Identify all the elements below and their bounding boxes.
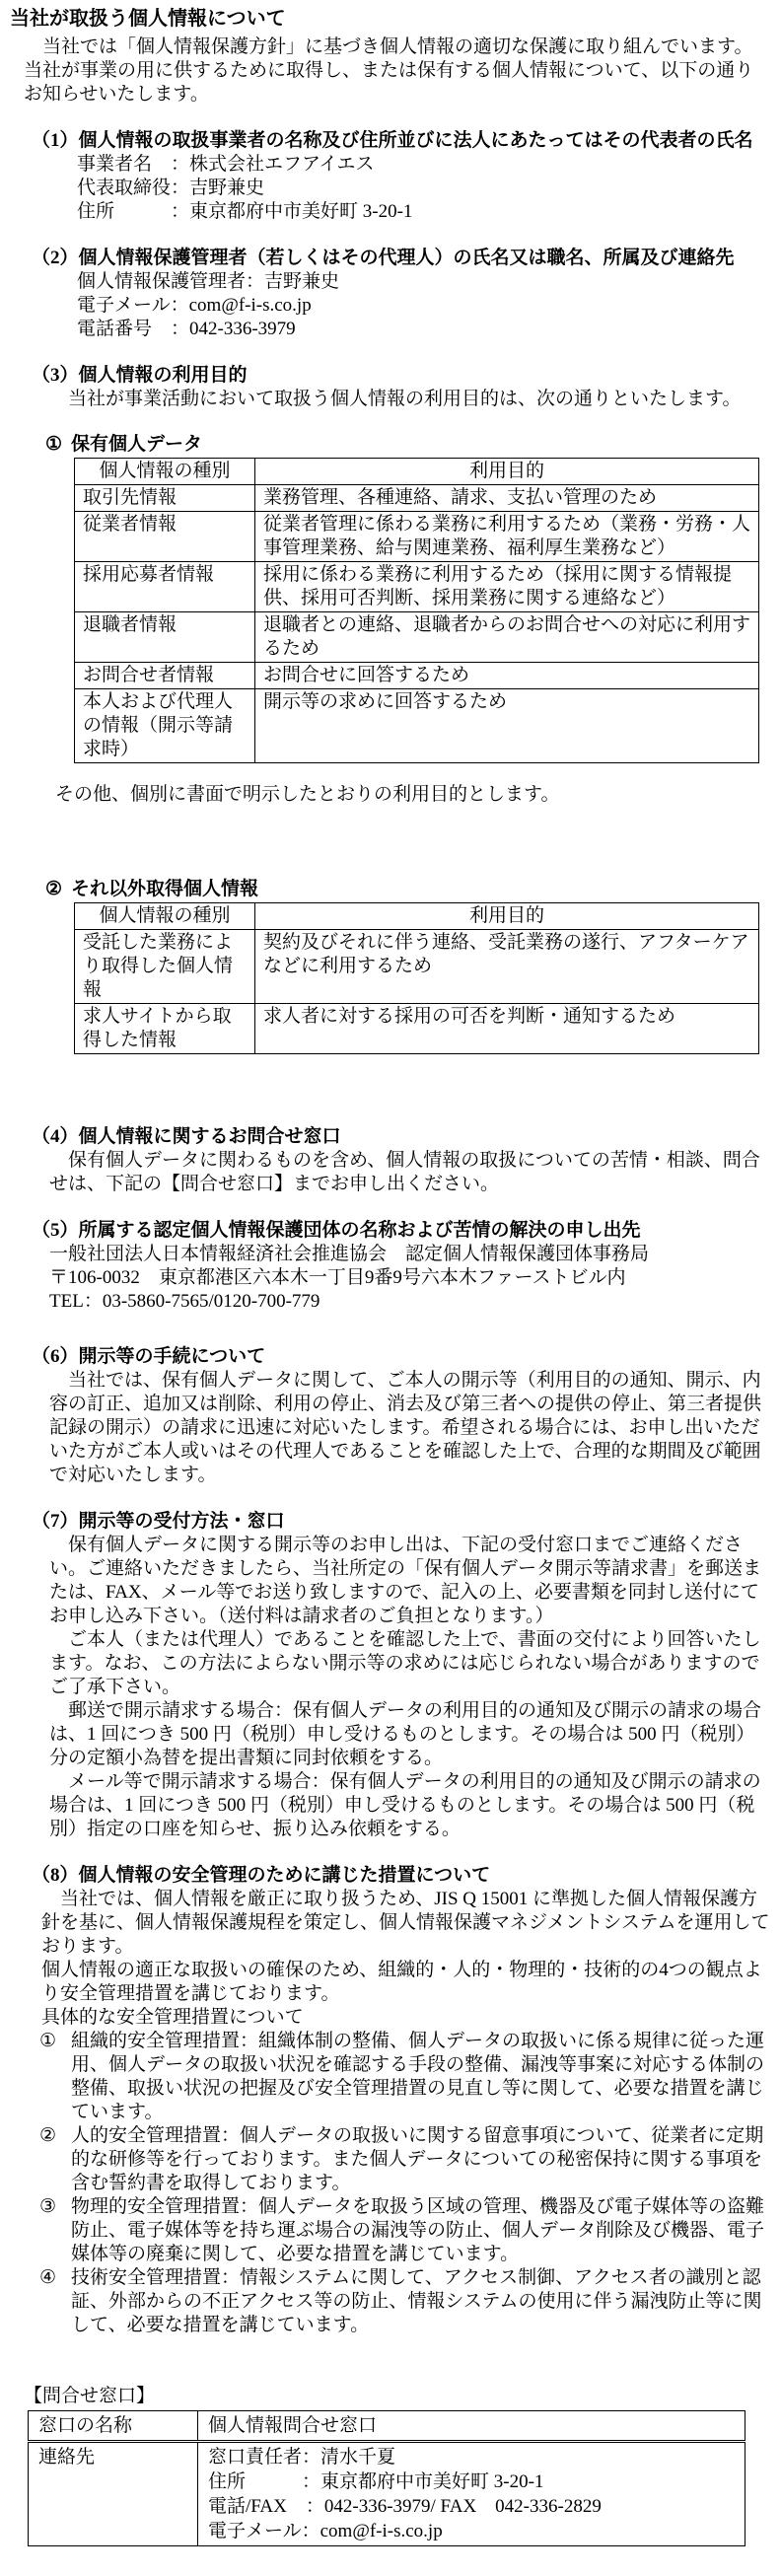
contact-details-cell: 窓口責任者：清水千夏 住所 ：東京都府中市美好町 3-20-1 電話/FAX ：… bbox=[198, 2442, 745, 2546]
circled-2-marker: ② bbox=[45, 878, 71, 901]
contact-window-table: 窓口の名称 個人情報問合せ窓口 連絡先 窓口責任者：清水千夏 住所 ：東京都府中… bbox=[28, 2410, 745, 2546]
accredited-body-phone: TEL：03-5860-7565/0120-700-779 bbox=[49, 1290, 771, 1314]
privacy-manager-phone: 電話番号 ：042-336-3979 bbox=[77, 318, 771, 341]
section-4-number: （4） bbox=[32, 1125, 79, 1149]
table-row: 本人および代理人の情報（開示等請求時） 開示等の求めに回答するため bbox=[75, 689, 759, 763]
purpose-cell: 採用に係わる業務に利用するため（採用に関する情報提供、採用可否判断、採用業務に関… bbox=[255, 562, 759, 612]
window-phone-fax: 電話/FAX ：042-336-3979/ FAX 042-336-2829 bbox=[208, 2494, 735, 2519]
intro-paragraph: 当社では「個人情報保護方針」に基づき個人情報の適切な保護に取り組んでいます。当社… bbox=[24, 36, 771, 107]
purpose-cell: 求人者に対する採用の可否を判断・通知するため bbox=[255, 1004, 759, 1054]
data-type-cell: 本人および代理人の情報（開示等請求時） bbox=[75, 689, 255, 763]
data-type-cell: 受託した業務により取得した個人情報 bbox=[75, 930, 255, 1004]
table-row: 求人サイトから取得した情報 求人者に対する採用の可否を判断・通知するため bbox=[75, 1004, 759, 1054]
section-1-title: 個人情報の取扱事業者の名称及び住所並びに法人にあたってはその代表者の氏名 bbox=[79, 129, 771, 153]
table-header-row: 個人情報の種別 利用目的 bbox=[75, 903, 759, 930]
representative-name: 代表取締役：吉野兼史 bbox=[77, 177, 771, 200]
column-header-purpose: 利用目的 bbox=[255, 903, 759, 930]
section-6-heading: （6） 開示等の手続について bbox=[32, 1345, 771, 1369]
section-7-heading: （7） 開示等の受付方法・窓口 bbox=[32, 1510, 771, 1534]
other-purposes-note: その他、個別に書面で明示したとおりの利用目的とします。 bbox=[55, 783, 771, 807]
section-8: （8） 個人情報の安全管理のために講じた措置について 当社では、個人情報を厳正に… bbox=[10, 1864, 771, 2337]
section-4: （4） 個人情報に関するお問合せ窓口 保有個人データに関わるものを含め、個人情報… bbox=[10, 1125, 771, 1196]
circled-4-marker: ④ bbox=[39, 2266, 71, 2337]
section-6: （6） 開示等の手続について 当社では、保有個人データに関して、ご本人の開示等（… bbox=[10, 1345, 771, 1487]
column-header-type: 個人情報の種別 bbox=[75, 459, 255, 485]
section-7: （7） 開示等の受付方法・窓口 保有個人データに関する開示等のお申し出は、下記の… bbox=[10, 1510, 771, 1841]
accredited-body-name: 一般社団法人日本情報経済社会推進協会 認定個人情報保護団体事務局 bbox=[49, 1243, 771, 1266]
page-title: 当社が取扱う個人情報について bbox=[10, 6, 771, 32]
safety-measures-list: ① 組織的安全管理措置：組織体制の整備、個人データの取扱いに係る規律に従った運用… bbox=[39, 2030, 771, 2337]
purpose-cell: 退職者との連絡、退職者からのお問合せへの対応に利用するため bbox=[255, 612, 759, 663]
table-header-row: 個人情報の種別 利用目的 bbox=[75, 459, 759, 485]
list-item-physical: ③ 物理的安全管理措置：個人データを取扱う区域の管理、機器及び電子媒体等の盗難防… bbox=[39, 2195, 771, 2266]
section-8-number: （8） bbox=[32, 1864, 79, 1888]
section-3-title: 個人情報の利用目的 bbox=[79, 364, 771, 388]
section-7-number: （7） bbox=[32, 1510, 79, 1534]
data-type-cell: 採用応募者情報 bbox=[75, 562, 255, 612]
list-item-technical: ④ 技術安全管理措置：情報システムに関して、アクセス制御、アクセス者の識別と認証… bbox=[39, 2266, 771, 2337]
section-8-heading: （8） 個人情報の安全管理のために講じた措置について bbox=[32, 1864, 771, 1888]
section-2-title: 個人情報保護管理者（若しくはその代理人）の氏名又は職名、所属及び連絡先 bbox=[79, 247, 771, 270]
section-8-title: 個人情報の安全管理のために講じた措置について bbox=[79, 1864, 771, 1888]
circled-3-marker: ③ bbox=[39, 2195, 71, 2266]
section-4-title: 個人情報に関するお問合せ窓口 bbox=[79, 1125, 771, 1149]
data-type-cell: 求人サイトから取得した情報 bbox=[75, 1004, 255, 1054]
privacy-notice-document: 当社が取扱う個人情報について 当社では「個人情報保護方針」に基づき個人情報の適切… bbox=[0, 0, 781, 2576]
data-type-cell: 退職者情報 bbox=[75, 612, 255, 663]
section-7-paragraph-1: 保有個人データに関する開示等のお申し出は、下記の受付窓口までご連絡ください。ご連… bbox=[49, 1534, 771, 1628]
section-3-number: （3） bbox=[32, 364, 79, 388]
list-item-personnel: ② 人的安全管理措置：個人データの取扱いに関する留意事項について、従業者に定期的… bbox=[39, 2124, 771, 2195]
purpose-cell: お問合せに回答するため bbox=[255, 663, 759, 689]
window-name-value: 個人情報問合せ窓口 bbox=[198, 2411, 745, 2442]
section-7-paragraph-email-request: メール等で開示請求する場合：保有個人データの利用目的の通知及び開示の請求の場合は… bbox=[49, 1770, 771, 1841]
section-7-title: 開示等の受付方法・窓口 bbox=[79, 1510, 771, 1534]
section-5-heading: （5） 所属する認定個人情報保護団体の名称および苦情の解決の申し出先 bbox=[32, 1219, 771, 1243]
section-1-body: 事業者名 ：株式会社エフアイエス 代表取締役：吉野兼史 住所 ：東京都府中市美好… bbox=[77, 153, 771, 224]
table-row: 退職者情報 退職者との連絡、退職者からのお問合せへの対応に利用するため bbox=[75, 612, 759, 663]
section-7-paragraph-mail-request: 郵送で開示請求する場合：保有個人データの利用目的の通知及び開示の請求の場合は、1… bbox=[49, 1699, 771, 1770]
section-8-paragraph-1: 当社では、個人情報を厳正に取り扱うため、JIS Q 15001 に準拠した個人情… bbox=[41, 1888, 771, 1959]
retained-data-subtitle: 保有個人データ bbox=[71, 433, 202, 457]
table-row: お問合せ者情報 お問合せに回答するため bbox=[75, 663, 759, 689]
table-row: 採用応募者情報 採用に係わる業務に利用するため（採用に関する情報提供、採用可否判… bbox=[75, 562, 759, 612]
table-row: 窓口の名称 個人情報問合せ窓口 bbox=[29, 2411, 745, 2442]
column-header-purpose: 利用目的 bbox=[255, 459, 759, 485]
section-7-paragraph-2: ご本人（または代理人）であることを確認した上で、書面の交付により回答いたします。… bbox=[49, 1628, 771, 1699]
circled-1-marker: ① bbox=[45, 433, 71, 457]
section-3-paragraph: 当社が事業活動において取扱う個人情報の利用目的は、次の通りといたします。 bbox=[49, 388, 771, 411]
section-3: （3） 個人情報の利用目的 当社が事業活動において取扱う個人情報の利用目的は、次… bbox=[10, 364, 771, 1054]
section-5-body: 一般社団法人日本情報経済社会推進協会 認定個人情報保護団体事務局 〒106-00… bbox=[49, 1243, 771, 1314]
window-manager-name: 窓口責任者：清水千夏 bbox=[208, 2445, 735, 2469]
section-6-number: （6） bbox=[32, 1345, 79, 1369]
window-address: 住所 ：東京都府中市美好町 3-20-1 bbox=[208, 2469, 735, 2494]
column-header-type: 個人情報の種別 bbox=[75, 903, 255, 930]
list-item-organizational: ① 組織的安全管理措置：組織体制の整備、個人データの取扱いに係る規律に従った運用… bbox=[39, 2030, 771, 2124]
section-8-paragraph-2: 個人情報の適正な取扱いの確保のため、組織的・人的・物理的・技術的の4つの観点より… bbox=[41, 1959, 771, 2006]
other-acquired-data-table: 個人情報の種別 利用目的 受託した業務により取得した個人情報 契約及びそれに伴う… bbox=[74, 902, 759, 1054]
section-1-heading: （1） 個人情報の取扱事業者の名称及び住所並びに法人にあたってはその代表者の氏名 bbox=[32, 129, 771, 153]
section-1-number: （1） bbox=[32, 129, 79, 153]
section-2: （2） 個人情報保護管理者（若しくはその代理人）の氏名又は職名、所属及び連絡先 … bbox=[10, 247, 771, 341]
privacy-manager-email: 電子メール：com@f-i-s.co.jp bbox=[77, 294, 771, 318]
section-5-title: 所属する認定個人情報保護団体の名称および苦情の解決の申し出先 bbox=[79, 1219, 771, 1243]
window-email: 電子メール：com@f-i-s.co.jp bbox=[208, 2519, 735, 2543]
section-4-paragraph: 保有個人データに関わるものを含め、個人情報の取扱についての苦情・相談、問合せは、… bbox=[49, 1149, 771, 1196]
accredited-body-address: 〒106-0032 東京都港区六本木一丁目9番9号六本木ファーストビル内 bbox=[49, 1266, 771, 1290]
contact-label: 連絡先 bbox=[29, 2442, 198, 2546]
personnel-measure-text: 人的安全管理措置：個人データの取扱いに関する留意事項について、従業者に定期的な研… bbox=[71, 2124, 771, 2195]
window-name-label: 窓口の名称 bbox=[29, 2411, 198, 2442]
circled-2-marker: ② bbox=[39, 2124, 71, 2195]
technical-measure-text: 技術安全管理措置：情報システムに関して、アクセス制御、アクセス者の識別と認証、外… bbox=[71, 2266, 771, 2337]
retained-data-subheading: ① 保有個人データ bbox=[45, 433, 771, 457]
circled-1-marker: ① bbox=[39, 2030, 71, 2124]
section-1: （1） 個人情報の取扱事業者の名称及び住所並びに法人にあたってはその代表者の氏名… bbox=[10, 129, 771, 224]
purpose-cell: 業務管理、各種連絡、請求、支払い管理のため bbox=[255, 485, 759, 512]
table-row: 連絡先 窓口責任者：清水千夏 住所 ：東京都府中市美好町 3-20-1 電話/F… bbox=[29, 2442, 745, 2546]
purpose-cell: 従業者管理に係わる業務に利用するため（業務・労務・人事管理業務、給与関連業務、福… bbox=[255, 512, 759, 562]
section-2-heading: （2） 個人情報保護管理者（若しくはその代理人）の氏名又は職名、所属及び連絡先 bbox=[32, 247, 771, 270]
section-5-number: （5） bbox=[32, 1219, 79, 1243]
section-2-body: 個人情報保護管理者：吉野兼史 電子メール：com@f-i-s.co.jp 電話番… bbox=[77, 270, 771, 341]
purpose-cell: 開示等の求めに回答するため bbox=[255, 689, 759, 763]
other-acquired-subtitle: それ以外取得個人情報 bbox=[71, 878, 258, 901]
table-row: 従業者情報 従業者管理に係わる業務に利用するため（業務・労務・人事管理業務、給与… bbox=[75, 512, 759, 562]
purpose-cell: 契約及びそれに伴う連絡、受託業務の遂行、アフターケアなどに利用するため bbox=[255, 930, 759, 1004]
organizational-measure-text: 組織的安全管理措置：組織体制の整備、個人データの取扱いに係る規律に従った運用、個… bbox=[71, 2030, 771, 2124]
physical-measure-text: 物理的安全管理措置：個人データを取扱う区域の管理、機器及び電子媒体等の盗難防止、… bbox=[71, 2195, 771, 2266]
contact-window-block: 【問合せ窓口】 窓口の名称 個人情報問合せ窓口 連絡先 窓口責任者：清水千夏 住… bbox=[10, 2385, 771, 2546]
data-type-cell: 取引先情報 bbox=[75, 485, 255, 512]
privacy-manager-name: 個人情報保護管理者：吉野兼史 bbox=[77, 270, 771, 294]
section-6-paragraph: 当社では、保有個人データに関して、ご本人の開示等（利用目的の通知、開示、内容の訂… bbox=[49, 1369, 771, 1487]
section-8-paragraph-3: 具体的な安全管理措置について bbox=[41, 2006, 771, 2030]
section-3-heading: （3） 個人情報の利用目的 bbox=[32, 364, 771, 388]
business-address: 住所 ：東京都府中市美好町 3-20-1 bbox=[77, 200, 771, 224]
business-operator-name: 事業者名 ：株式会社エフアイエス bbox=[77, 153, 771, 177]
table-row: 受託した業務により取得した個人情報 契約及びそれに伴う連絡、受託業務の遂行、アフ… bbox=[75, 930, 759, 1004]
table-row: 取引先情報 業務管理、各種連絡、請求、支払い管理のため bbox=[75, 485, 759, 512]
section-6-title: 開示等の手続について bbox=[79, 1345, 771, 1369]
retained-personal-data-table: 個人情報の種別 利用目的 取引先情報 業務管理、各種連絡、請求、支払い管理のため… bbox=[74, 458, 759, 763]
other-acquired-subheading: ② それ以外取得個人情報 bbox=[45, 878, 771, 901]
section-2-number: （2） bbox=[32, 247, 79, 270]
contact-window-label: 【問合せ窓口】 bbox=[24, 2385, 771, 2408]
section-4-heading: （4） 個人情報に関するお問合せ窓口 bbox=[32, 1125, 771, 1149]
section-5: （5） 所属する認定個人情報保護団体の名称および苦情の解決の申し出先 一般社団法… bbox=[10, 1219, 771, 1314]
data-type-cell: 従業者情報 bbox=[75, 512, 255, 562]
data-type-cell: お問合せ者情報 bbox=[75, 663, 255, 689]
